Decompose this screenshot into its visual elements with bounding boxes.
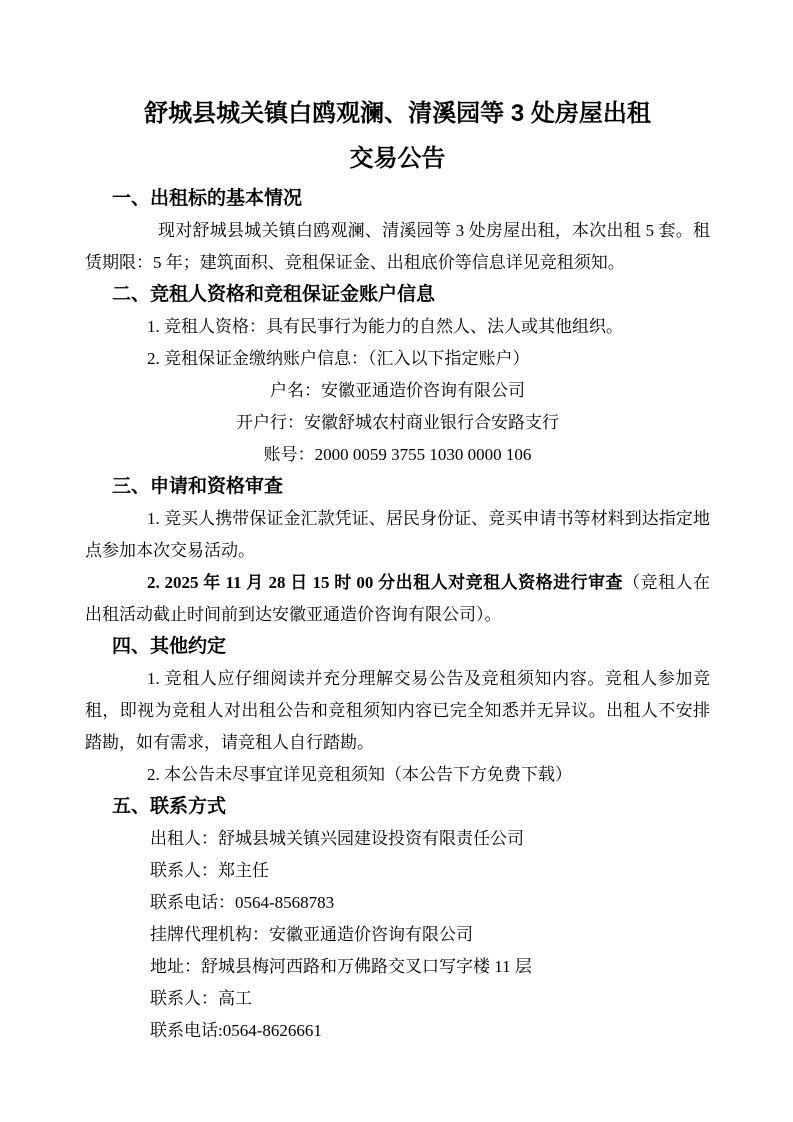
section-3-item-2: 2. 2025 年 11 月 28 日 15 时 00 分出租人对竞租人资格进行… bbox=[85, 567, 710, 631]
section-bidder-qualification-account: 二、竞租人资格和竞租保证金账户信息 1. 竞租人资格：具有民事行为能力的自然人、… bbox=[85, 279, 710, 471]
title-line-1: 舒城县城关镇白鸥观澜、清溪园等 3 处房屋出租 bbox=[85, 91, 710, 136]
section-3-heading: 三、申请和资格审查 bbox=[85, 471, 710, 503]
section-1-heading: 一、出租标的基本情况 bbox=[85, 183, 710, 215]
agency-address-line: 地址：舒城县梅河西路和万佛路交叉口写字楼 11 层 bbox=[85, 951, 710, 983]
section-4-heading: 四、其他约定 bbox=[85, 631, 710, 663]
section-other-terms: 四、其他约定 1. 竞租人应仔细阅读并充分理解交易公告及竞租须知内容。竞租人参加… bbox=[85, 631, 710, 791]
account-number-line: 账号：2000 0059 3755 1030 0000 106 bbox=[85, 439, 710, 471]
section-application-review: 三、申请和资格审查 1. 竞买人携带保证金汇款凭证、居民身份证、竞买申请书等材料… bbox=[85, 471, 710, 631]
lessor-line: 出租人：舒城县城关镇兴园建设投资有限责任公司 bbox=[85, 823, 710, 855]
lessor-phone-line: 联系电话：0564-8568783 bbox=[85, 887, 710, 919]
section-3-item-1: 1. 竞买人携带保证金汇款凭证、居民身份证、竞买申请书等材料到达指定地点参加本次… bbox=[85, 503, 710, 567]
document-title: 舒城县城关镇白鸥观澜、清溪园等 3 处房屋出租 交易公告 bbox=[85, 91, 710, 181]
section-rental-overview: 一、出租标的基本情况 现对舒城县城关镇白鸥观澜、清溪园等 3 处房屋出租，本次出… bbox=[85, 183, 710, 279]
section-contact-info: 五、联系方式 出租人：舒城县城关镇兴园建设投资有限责任公司 联系人：郑主任 联系… bbox=[85, 791, 710, 1047]
section-2-heading: 二、竞租人资格和竞租保证金账户信息 bbox=[85, 279, 710, 311]
lessor-contact-person-line: 联系人：郑主任 bbox=[85, 855, 710, 887]
section-4-item-2: 2. 本公告未尽事宜详见竞租须知（本公告下方免费下载） bbox=[85, 759, 710, 791]
agency-contact-person-line: 联系人：高工 bbox=[85, 983, 710, 1015]
bank-branch-line: 开户行：安徽舒城农村商业银行合安路支行 bbox=[85, 407, 710, 439]
section-5-heading: 五、联系方式 bbox=[85, 791, 710, 823]
review-datetime-bold-text: 2. 2025 年 11 月 28 日 15 时 00 分出租人对竞租人资格进行… bbox=[147, 573, 623, 592]
section-1-paragraph: 现对舒城县城关镇白鸥观澜、清溪园等 3 处房屋出租，本次出租 5 套。租赁期限：… bbox=[85, 215, 710, 279]
title-line-2: 交易公告 bbox=[85, 136, 710, 181]
listing-agency-line: 挂牌代理机构：安徽亚通造价咨询有限公司 bbox=[85, 919, 710, 951]
document-page: 舒城县城关镇白鸥观澜、清溪园等 3 处房屋出租 交易公告 一、出租标的基本情况 … bbox=[0, 0, 793, 1122]
agency-phone-line: 联系电话:0564-8626661 bbox=[85, 1015, 710, 1047]
section-2-item-2: 2. 竞租保证金缴纳账户信息：（汇入以下指定账户） bbox=[85, 343, 710, 375]
account-name-line: 户名：安徽亚通造价咨询有限公司 bbox=[85, 375, 710, 407]
section-4-item-1: 1. 竞租人应仔细阅读并充分理解交易公告及竞租须知内容。竞租人参加竞租，即视为竞… bbox=[85, 663, 710, 759]
section-2-item-1: 1. 竞租人资格：具有民事行为能力的自然人、法人或其他组织。 bbox=[85, 311, 710, 343]
